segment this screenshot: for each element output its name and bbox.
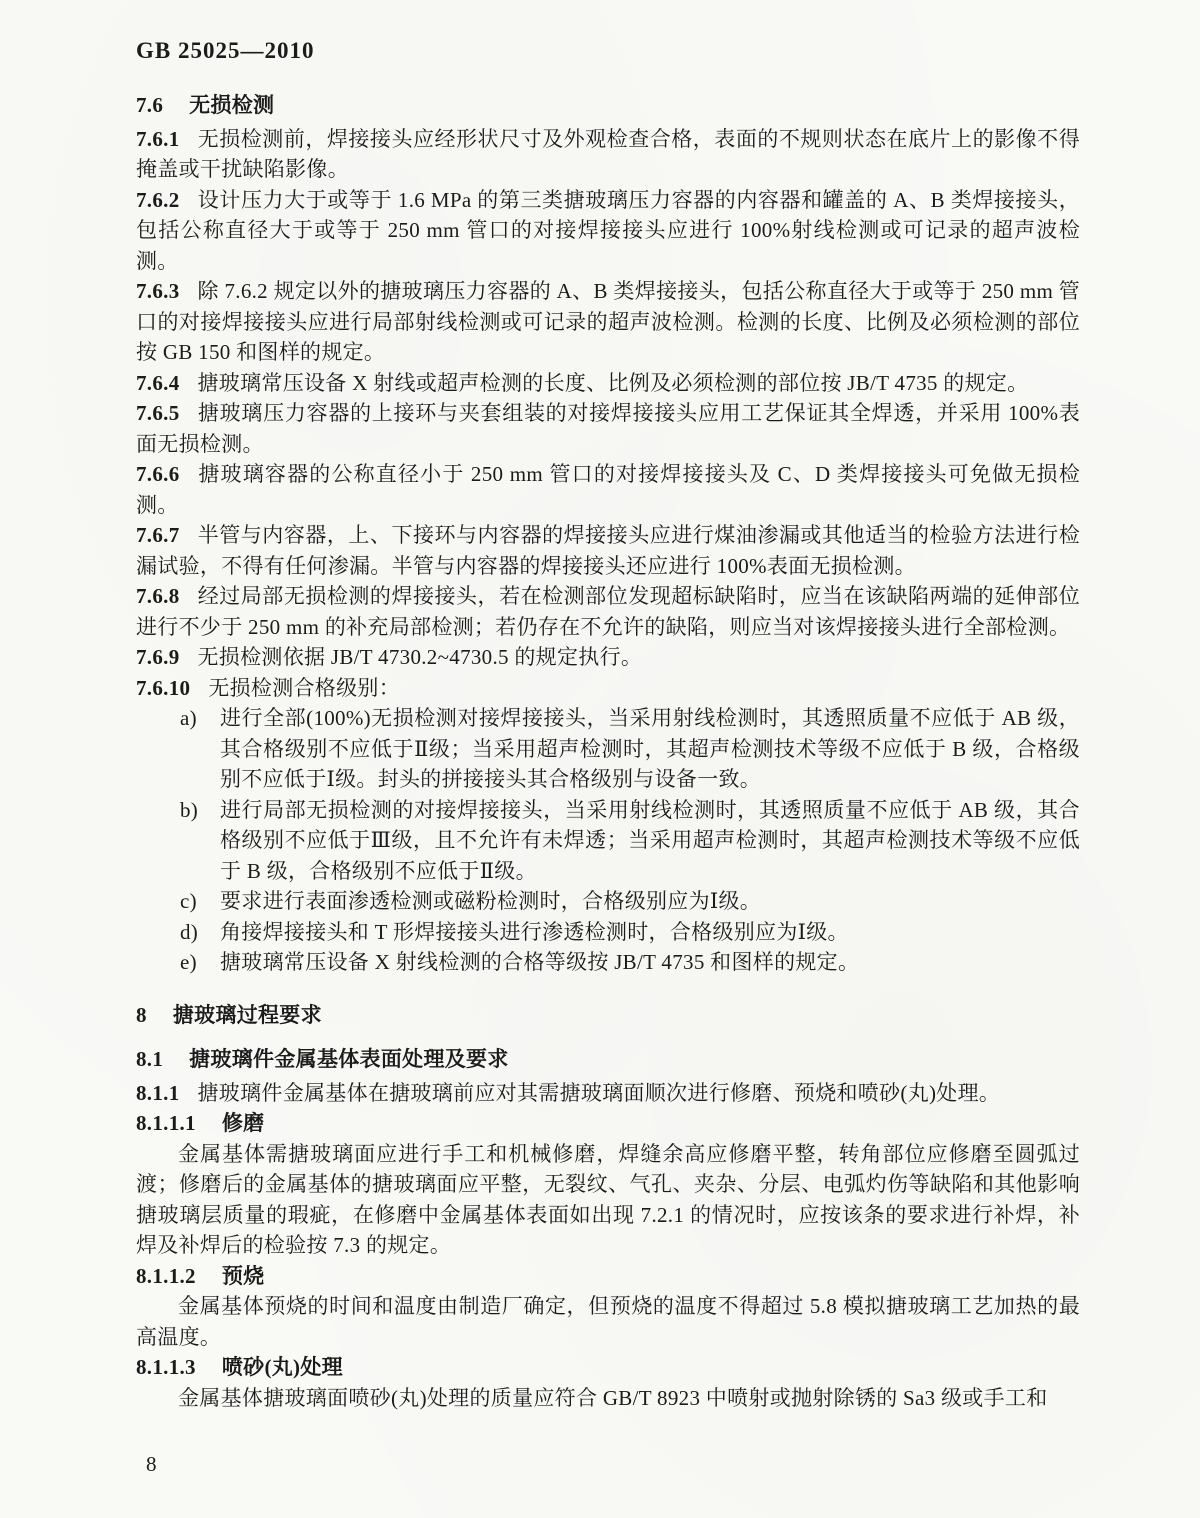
heading-number: 8.1.1.1 (136, 1111, 196, 1135)
list-marker: c) (180, 886, 197, 917)
clause-8-1-1: 8.1.1搪玻璃件金属基体在搪玻璃前应对其需搪玻璃面顺次进行修磨、预烧和喷砂(丸… (136, 1078, 1080, 1109)
heading-title: 修磨 (222, 1111, 265, 1135)
clause-number: 7.6.5 (136, 401, 180, 425)
clause-7-6-3: 7.6.3除 7.6.2 规定以外的搪玻璃压力容器的 A、B 类焊接接头，包括公… (136, 276, 1080, 368)
section-heading-8-1-1-3: 8.1.1.3喷砂(丸)处理 (136, 1352, 1080, 1383)
list-item-text: 进行局部无损检测的对接焊接接头，当采用射线检测时，其透照质量不应低于 AB 级，… (220, 798, 1080, 883)
clause-number: 7.6.2 (136, 188, 180, 212)
clause-text: 无损检测依据 JB/T 4730.2~4730.5 的规定执行。 (198, 645, 643, 669)
clause-number: 8.1.1 (136, 1081, 180, 1105)
clause-7-6-9: 7.6.9无损检测依据 JB/T 4730.2~4730.5 的规定执行。 (136, 642, 1080, 673)
clause-text: 半管与内容器，上、下接环与内容器的焊接接头应进行煤油渗漏或其他适当的检验方法进行… (136, 523, 1080, 578)
heading-number: 8 (136, 1003, 147, 1027)
list-item-c: c)要求进行表面渗透检测或磁粉检测时，合格级别应为Ⅰ级。 (136, 886, 1080, 917)
clause-7-6-7: 7.6.7半管与内容器，上、下接环与内容器的焊接接头应进行煤油渗漏或其他适当的检… (136, 520, 1080, 581)
clause-7-6-8: 7.6.8经过局部无损检测的焊接接头，若在检测部位发现超标缺陷时，应当在该缺陷两… (136, 581, 1080, 642)
list-marker: a) (180, 703, 197, 734)
paragraph-penshawan: 金属基体搪玻璃面喷砂(丸)处理的质量应符合 GB/T 8923 中喷射或抛射除锈… (136, 1383, 1080, 1414)
clause-text: 搪玻璃容器的公称直径小于 250 mm 管口的对接焊接接头及 C、D 类焊接接头… (136, 462, 1080, 517)
clause-text: 无损检测前，焊接接头应经形状尺寸及外观检查合格，表面的不规则状态在底片上的影像不… (136, 127, 1080, 182)
section-heading-8-1-1-2: 8.1.1.2预烧 (136, 1261, 1080, 1292)
list-marker: d) (180, 917, 198, 948)
clause-text: 经过局部无损检测的焊接接头，若在检测部位发现超标缺陷时，应当在该缺陷两端的延伸部… (136, 584, 1080, 639)
clause-7-6-1: 7.6.1无损检测前，焊接接头应经形状尺寸及外观检查合格，表面的不规则状态在底片… (136, 124, 1080, 185)
section-heading-8: 8搪玻璃过程要求 (136, 1000, 1080, 1031)
heading-number: 8.1.1.2 (136, 1264, 196, 1288)
clause-number: 7.6.10 (136, 676, 190, 700)
list-item-d: d)角接焊接接头和 T 形焊接接头进行渗透检测时，合格级别应为Ⅰ级。 (136, 917, 1080, 948)
clause-number: 7.6.1 (136, 127, 180, 151)
section-heading-7-6: 7.6无损检测 (136, 90, 1080, 121)
section-heading-8-1-1-1: 8.1.1.1修磨 (136, 1108, 1080, 1139)
clause-number: 7.6.8 (136, 584, 180, 608)
clause-7-6-4: 7.6.4搪玻璃常压设备 X 射线或超声检测的长度、比例及必须检测的部位按 JB… (136, 368, 1080, 399)
list-item-a: a)进行全部(100%)无损检测对接焊接接头，当采用射线检测时，其透照质量不应低… (136, 703, 1080, 795)
scanned-document-page: GB 25025—2010 7.6无损检测 7.6.1无损检测前，焊接接头应经形… (0, 0, 1200, 1518)
list-item-e: e)搪玻璃常压设备 X 射线检测的合格等级按 JB/T 4735 和图样的规定。 (136, 947, 1080, 978)
heading-title: 搪玻璃过程要求 (173, 1003, 322, 1027)
heading-title: 搪玻璃件金属基体表面处理及要求 (189, 1047, 509, 1071)
clause-text: 搪玻璃压力容器的上接环与夹套组装的对接焊接接头应用工艺保证其全焊透，并采用 10… (136, 401, 1080, 456)
list-item-text: 要求进行表面渗透检测或磁粉检测时，合格级别应为Ⅰ级。 (220, 889, 761, 913)
clause-number: 7.6.9 (136, 645, 180, 669)
clause-text: 无损检测合格级别： (208, 676, 400, 700)
clause-7-6-10: 7.6.10无损检测合格级别： (136, 673, 1080, 704)
clause-text: 搪玻璃件金属基体在搪玻璃前应对其需搪玻璃面顺次进行修磨、预烧和喷砂(丸)处理。 (198, 1081, 1001, 1105)
paragraph-xiumo: 金属基体需搪玻璃面应进行手工和机械修磨，焊缝余高应修磨平整，转角部位应修磨至圆弧… (136, 1139, 1080, 1261)
paragraph-yushao: 金属基体预烧的时间和温度由制造厂确定，但预烧的温度不得超过 5.8 模拟搪玻璃工… (136, 1291, 1080, 1352)
clause-7-6-2: 7.6.2设计压力大于或等于 1.6 MPa 的第三类搪玻璃压力容器的内容器和罐… (136, 185, 1080, 277)
list-item-text: 进行全部(100%)无损检测对接焊接接头，当采用射线检测时，其透照质量不应低于 … (220, 706, 1080, 791)
document-number-header: GB 25025—2010 (136, 38, 1080, 64)
list-item-text: 搪玻璃常压设备 X 射线检测的合格等级按 JB/T 4735 和图样的规定。 (220, 950, 859, 974)
section-heading-8-1: 8.1搪玻璃件金属基体表面处理及要求 (136, 1044, 1080, 1075)
clause-number: 7.6.7 (136, 523, 180, 547)
list-item-b: b)进行局部无损检测的对接焊接接头，当采用射线检测时，其透照质量不应低于 AB … (136, 795, 1080, 887)
heading-title: 喷砂(丸)处理 (222, 1355, 343, 1379)
clause-number: 7.6.3 (136, 279, 180, 303)
clause-number: 7.6.4 (136, 371, 180, 395)
heading-number: 8.1.1.3 (136, 1355, 196, 1379)
clause-text: 除 7.6.2 规定以外的搪玻璃压力容器的 A、B 类焊接接头，包括公称直径大于… (136, 279, 1080, 364)
heading-number: 7.6 (136, 93, 163, 117)
heading-number: 8.1 (136, 1047, 163, 1071)
clause-text: 搪玻璃常压设备 X 射线或超声检测的长度、比例及必须检测的部位按 JB/T 47… (198, 371, 1029, 395)
list-marker: e) (180, 947, 197, 978)
page-number: 8 (146, 1452, 157, 1477)
heading-title: 无损检测 (189, 93, 274, 117)
page-content: GB 25025—2010 7.6无损检测 7.6.1无损检测前，焊接接头应经形… (136, 38, 1080, 1413)
list-item-text: 角接焊接接头和 T 形焊接接头进行渗透检测时，合格级别应为Ⅰ级。 (220, 920, 849, 944)
clause-number: 7.6.6 (136, 462, 180, 486)
clause-text: 设计压力大于或等于 1.6 MPa 的第三类搪玻璃压力容器的内容器和罐盖的 A、… (136, 188, 1080, 273)
list-marker: b) (180, 795, 198, 826)
clause-7-6-6: 7.6.6搪玻璃容器的公称直径小于 250 mm 管口的对接焊接接头及 C、D … (136, 459, 1080, 520)
clause-7-6-5: 7.6.5搪玻璃压力容器的上接环与夹套组装的对接焊接接头应用工艺保证其全焊透，并… (136, 398, 1080, 459)
heading-title: 预烧 (222, 1264, 265, 1288)
